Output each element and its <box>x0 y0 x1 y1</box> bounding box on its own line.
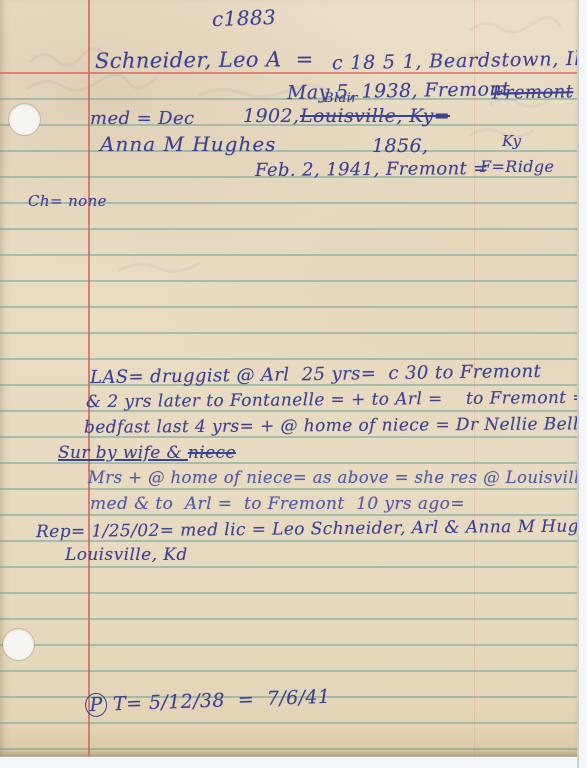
note-line-moves: & 2 yrs later to Fontanelle = + to Arl =… <box>86 390 587 411</box>
circled-letter-p: P <box>85 693 108 718</box>
scanned-notebook-page: c1883 Schneider, Leo A = c 18 5 1, Beard… <box>0 0 587 768</box>
subject-name: Schneider, Leo A = <box>95 49 314 72</box>
spouse-state-note: Ky <box>502 134 522 149</box>
survivors-struck-word: niece <box>188 443 236 463</box>
birth-entry: c 18 5 1, Beardstown, Ill <box>332 50 587 73</box>
red-margin-line-horizontal <box>0 72 577 74</box>
marriage-year: 1902, <box>243 107 299 126</box>
note-line-survivors: Sur by wife & niece <box>58 445 236 462</box>
note-line-report-source-cont: Louisville, Kd <box>65 547 188 564</box>
burial-note: F=Ridge <box>480 159 554 175</box>
spouse-name: Anna M Hughes <box>100 134 276 154</box>
scan-edge-bottom <box>0 756 577 768</box>
year-estimate-note: c1883 <box>212 7 277 29</box>
spouse-death-entry: Feb. 2, 1941, Fremont = <box>255 160 489 180</box>
survivors-prefix: Sur by wife & <box>58 443 188 463</box>
spouse-birth-year: 1856, <box>372 137 428 156</box>
note-line-widow-moves: med & to Arl = to Fremont 10 yrs ago= <box>90 496 465 513</box>
hole-punch-top <box>9 104 40 135</box>
death-entry-struck-word: Fremont <box>492 83 574 102</box>
marriage-place-correction: Blair <box>324 92 358 105</box>
scan-edge-right <box>577 0 587 768</box>
hole-punch-bottom <box>3 629 34 660</box>
marriage-label: med = Dec <box>90 110 195 128</box>
note-line-bedfast: bedfast last 4 yrs= + @ home of niece = … <box>84 416 585 436</box>
marriage-place-struck: Louisville, Ky= <box>300 107 450 126</box>
note-line-widow: Mrs + @ home of niece= as above = she re… <box>88 470 587 487</box>
children-note: Ch= none <box>28 194 107 209</box>
death-entry: May 5, 1938, Fremont <box>287 80 510 103</box>
